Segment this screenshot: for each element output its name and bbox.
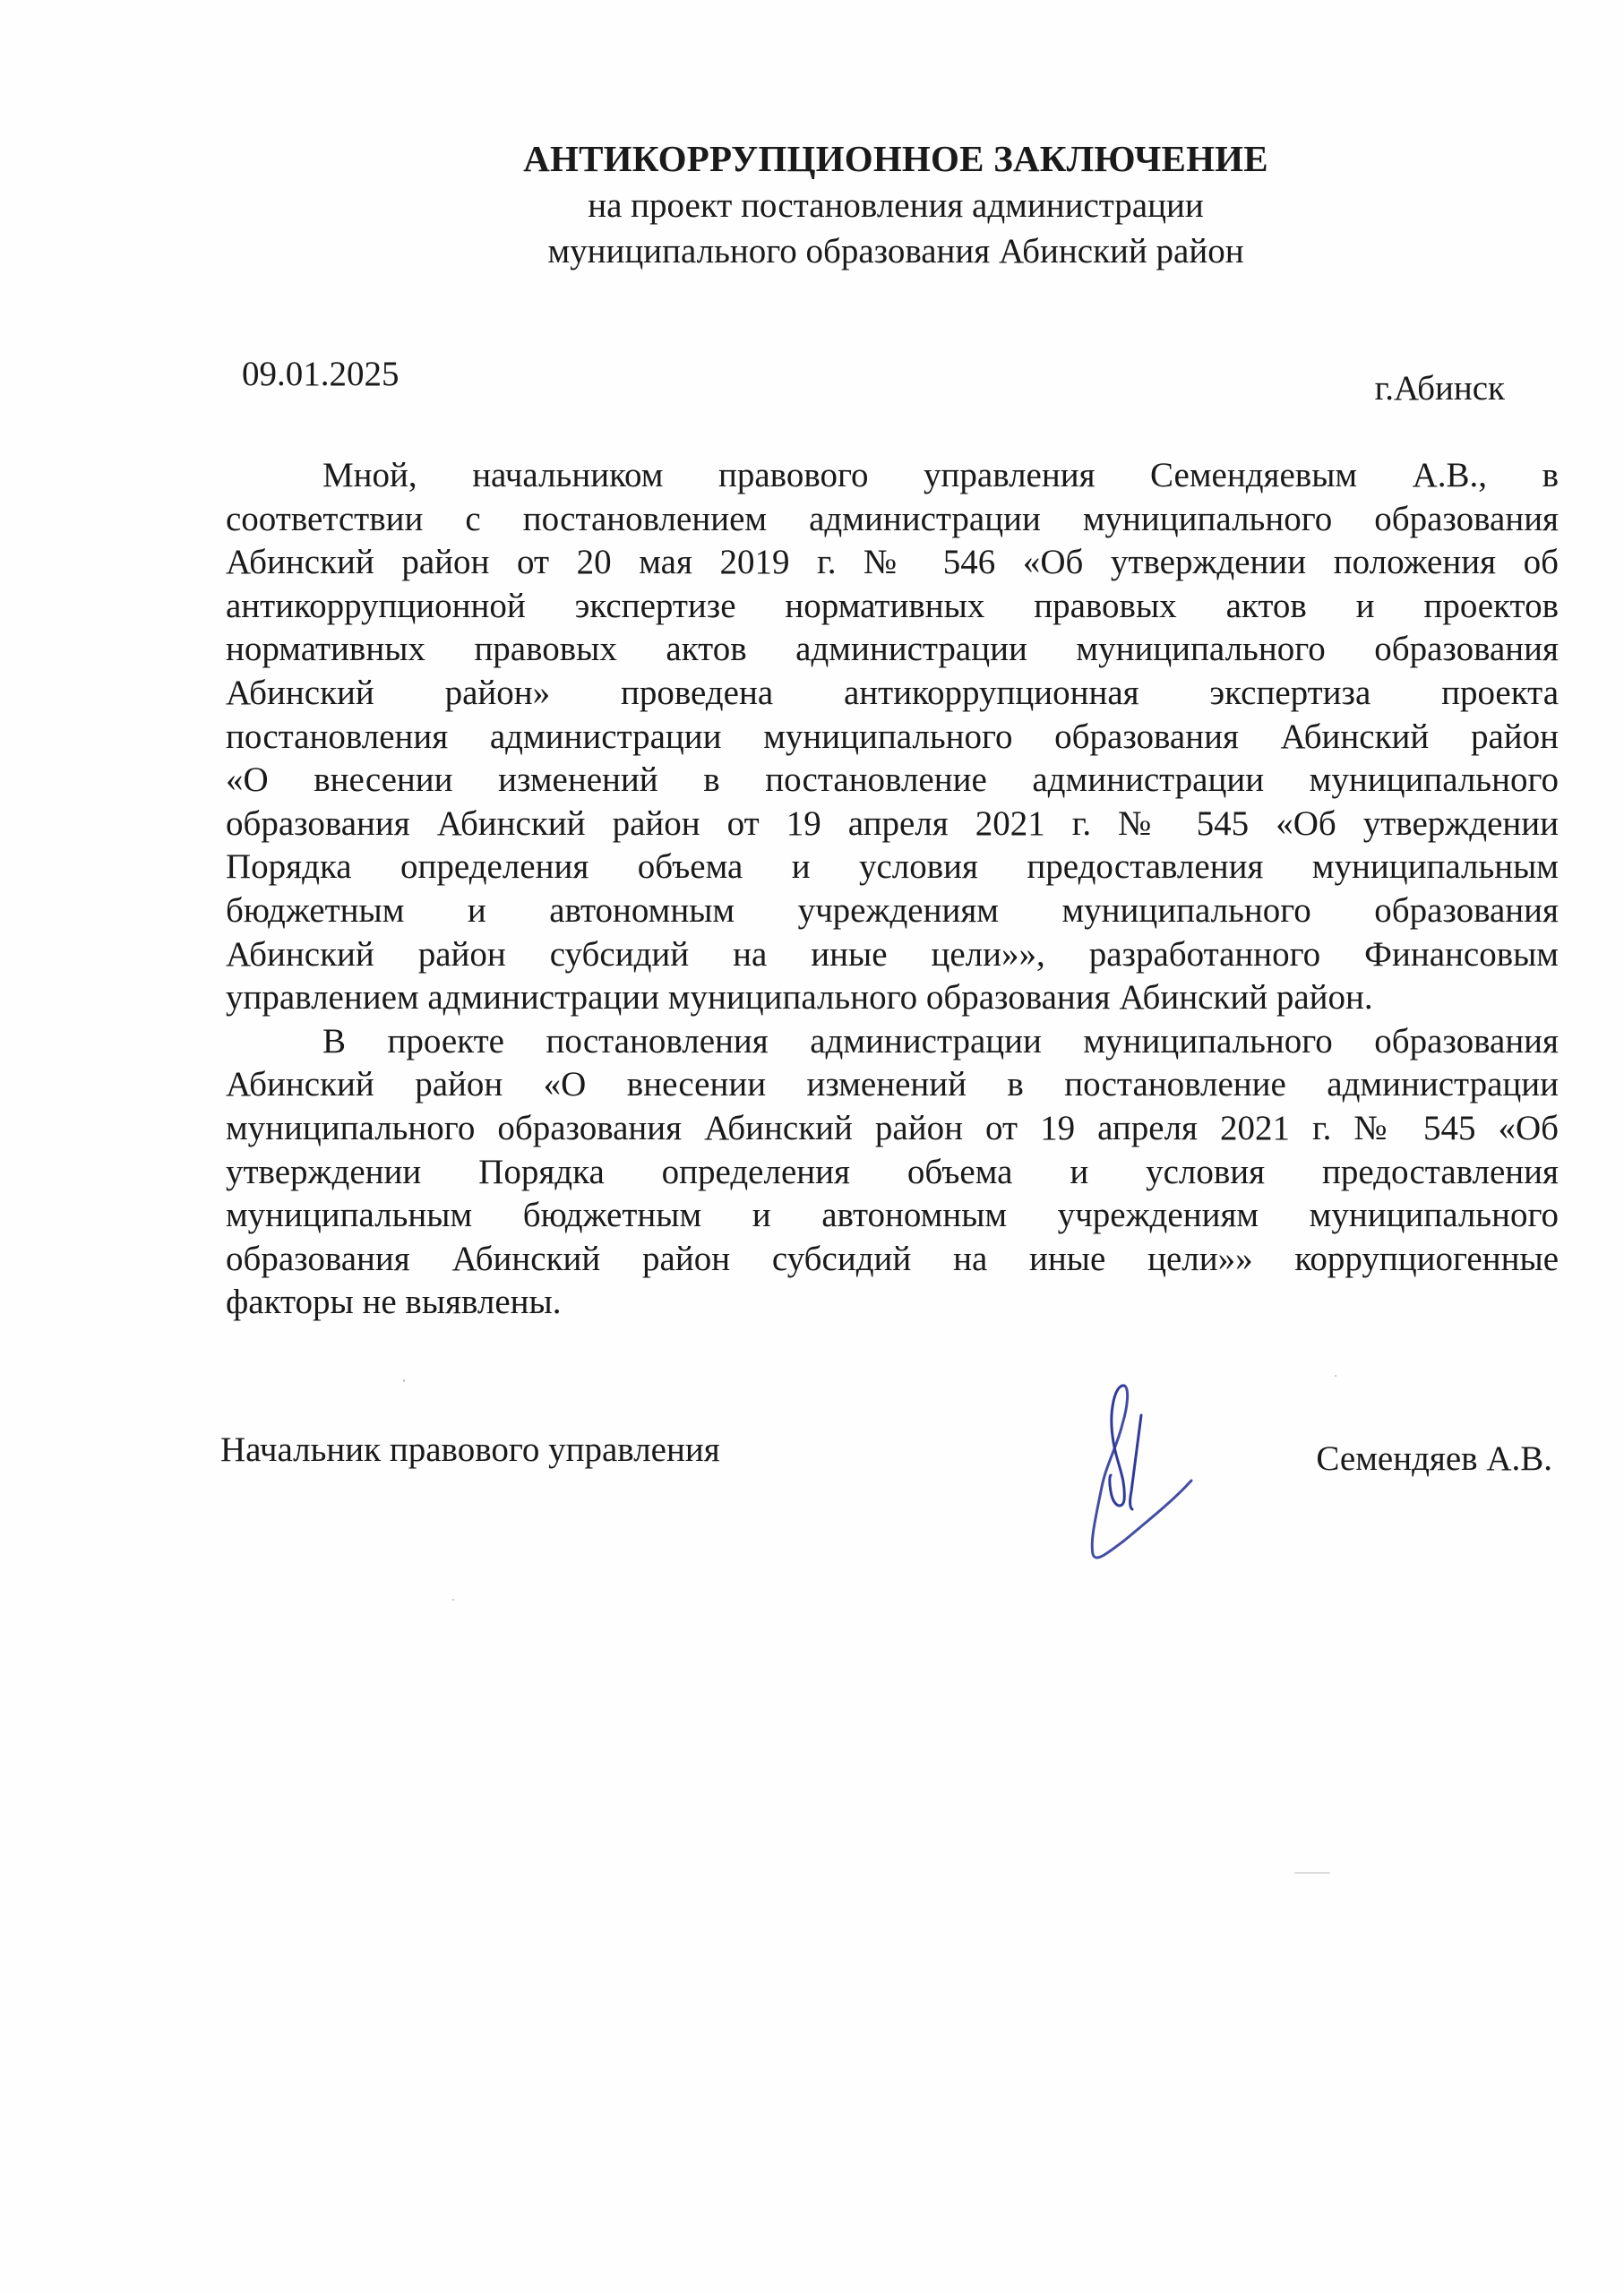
paragraph-line: образования Абинский район от 19 апреля … xyxy=(226,803,1559,846)
paragraph-line: управлением администрации муниципального… xyxy=(226,976,1559,1020)
paragraph-line: Абинский район субсидий на иные цели»», … xyxy=(226,933,1559,977)
paragraph-line: Абинский район «О внесении изменений в п… xyxy=(226,1063,1559,1107)
signatory-name: Семендяев А.В. xyxy=(1316,1438,1552,1481)
document-page: АНТИКОРРУПЦИОННОЕ ЗАКЛЮЧЕНИЕ на проект п… xyxy=(0,0,1624,2293)
paragraph-line: образования Абинский район субсидий на и… xyxy=(226,1238,1559,1282)
document-title: АНТИКОРРУПЦИОННОЕ ЗАКЛЮЧЕНИЕ xyxy=(502,136,1290,181)
paragraph-line: муниципальным бюджетным и автономным учр… xyxy=(226,1194,1559,1238)
paragraph-line: постановления администрации муниципально… xyxy=(226,716,1559,760)
paragraph-2: В проекте постановления администрации му… xyxy=(226,1020,1559,1325)
paragraph-line: В проекте постановления администрации му… xyxy=(226,1020,1559,1064)
document-subtitle-line-2: муниципального образования Абинский райо… xyxy=(466,230,1326,273)
paragraph-line: Абинский район» проведена антикоррупцион… xyxy=(226,672,1559,716)
paragraph-line: «О внесении изменений в постановление ад… xyxy=(226,759,1559,803)
paragraph-line: антикоррупционной экспертизе нормативных… xyxy=(226,585,1559,629)
paragraph-line: бюджетным и автономным учреждениям муниц… xyxy=(226,889,1559,933)
paragraph-line: нормативных правовых актов администрации… xyxy=(226,628,1559,672)
handwritten-signature-icon xyxy=(1070,1375,1214,1572)
paragraph-line: Абинский район от 20 мая 2019 г. № 546 «… xyxy=(226,541,1559,585)
paragraph-line: соответствии с постановлением администра… xyxy=(226,498,1559,542)
scan-speck xyxy=(1335,1375,1336,1377)
document-subtitle-line-1: на проект постановления администрации xyxy=(466,185,1326,228)
paragraph-line: утверждении Порядка определения объема и… xyxy=(226,1151,1559,1195)
paragraph-1: Мной, начальником правового управления С… xyxy=(226,454,1559,1020)
paragraph-line: Порядка определения объема и условия пре… xyxy=(226,846,1559,889)
paragraph-line: муниципального образования Абинский райо… xyxy=(226,1107,1559,1151)
document-body: Мной, начальником правового управления С… xyxy=(226,454,1559,1325)
signatory-position: Начальник правового управления xyxy=(220,1429,720,1472)
scan-speck xyxy=(403,1379,405,1382)
scan-speck xyxy=(452,1599,454,1601)
paragraph-line: факторы не выявлены. xyxy=(226,1281,1559,1325)
scan-speck xyxy=(1294,1872,1330,1874)
document-date: 09.01.2025 xyxy=(242,353,400,396)
document-city: г.Абинск xyxy=(1375,367,1505,410)
paragraph-line: Мной, начальником правового управления С… xyxy=(226,454,1559,498)
